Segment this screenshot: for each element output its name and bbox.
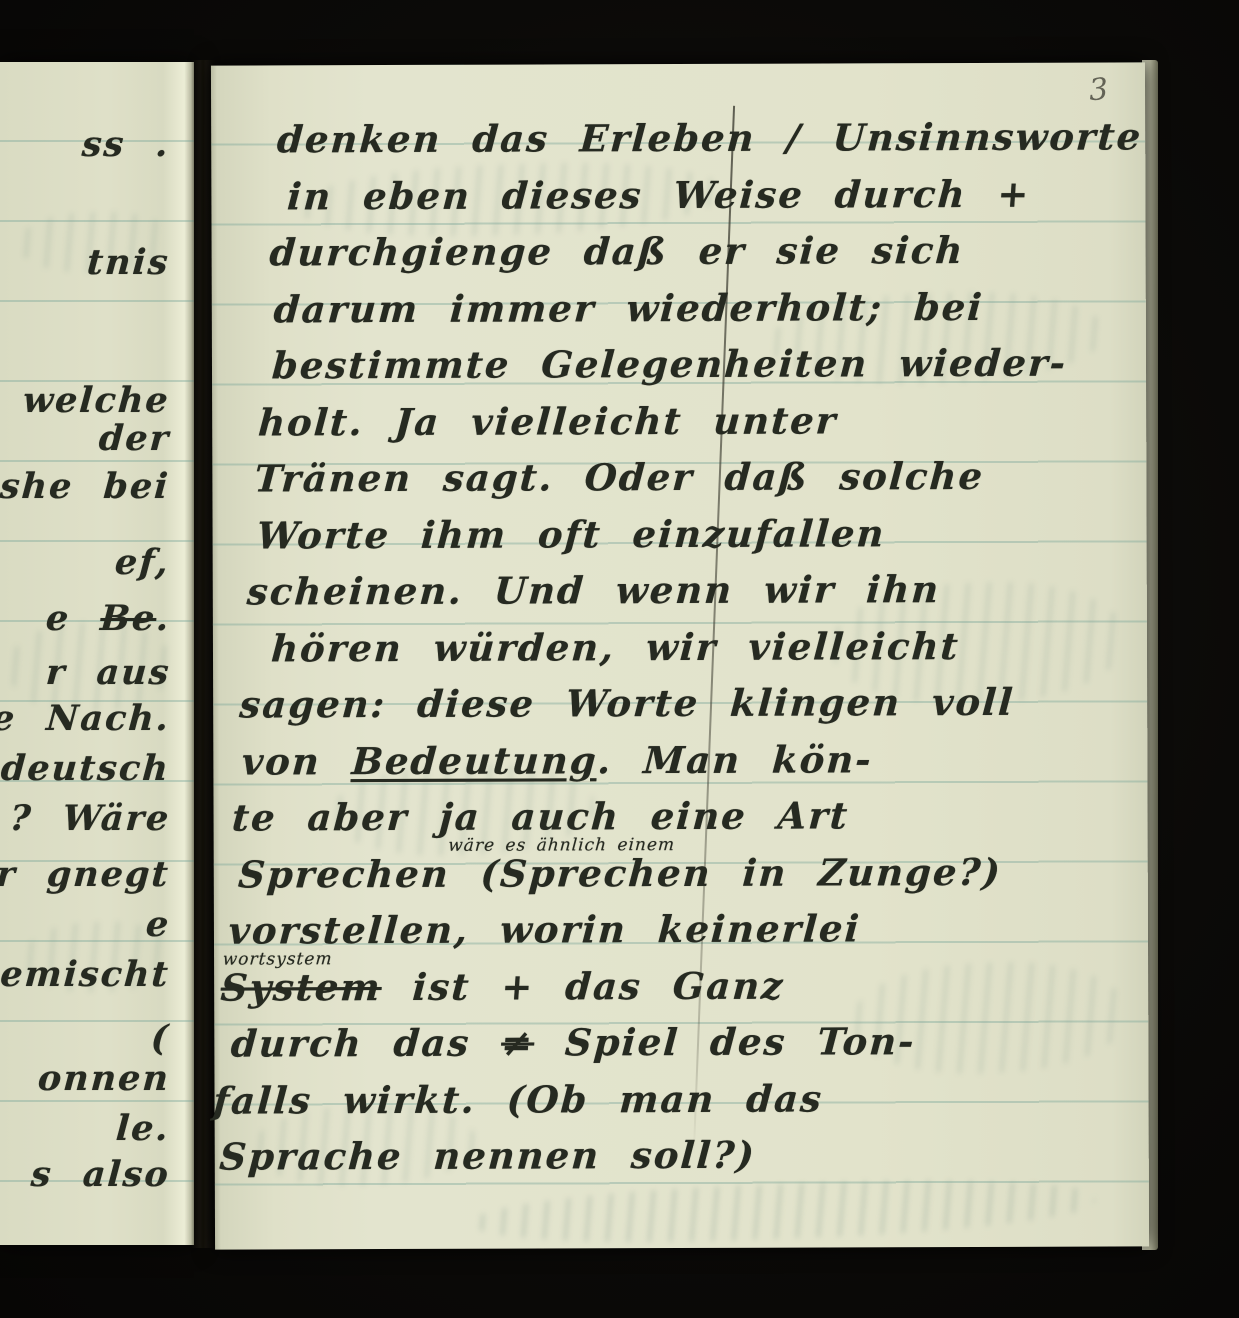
handwritten-line: holt. Ja vielleicht unter — [256, 397, 1150, 457]
handwriting-fragment: ef, — [114, 542, 172, 583]
handwriting-fragment: r aus — [44, 652, 171, 693]
line-text: durch das ≠ Spiel des Ton- — [230, 1019, 917, 1065]
line-text: sagen: diese Worte klingen voll — [238, 680, 1016, 727]
handwritten-line: in eben dieses Weise durch + — [271, 171, 1165, 231]
interlinear-insertion: wäre es ähnlich einem — [448, 835, 676, 856]
handwriting-fragment: ( — [150, 1018, 171, 1059]
handwriting-fragment: der — [97, 418, 171, 459]
handwriting-fragment: e — [144, 904, 171, 945]
handwritten-line: Worte ihm oft einzufallen — [249, 510, 1143, 570]
handwritten-line: wortsystemSystem ist + das Ganz — [219, 962, 1113, 1022]
handwritten-line: hören würden, wir vielleicht — [241, 623, 1135, 683]
handwritten-line: darum immer wiederholt; bei — [264, 284, 1158, 344]
handwritten-line: von Bedeutung. Man kön- — [234, 736, 1128, 796]
handwritten-line: Tränen sagt. Oder daß solche — [252, 453, 1146, 513]
handwriting-fragment: onnen — [37, 1058, 172, 1099]
line-text: scheinen. Und wenn wir ihn — [246, 567, 942, 613]
handwriting-fragment: tnis — [86, 242, 171, 283]
line-text: vorstellen, worin keinerlei — [227, 906, 862, 952]
line-text: Sprechen (Sprechen in Zunge?) — [237, 849, 1003, 896]
handwritten-line: denken das Erleben ∕ Unsinnsworte — [275, 114, 1169, 174]
line-text: durchgienge daß er sie sich — [268, 228, 966, 274]
handwriting-fragment: e Be. — [44, 598, 171, 639]
handwritten-line: sagen: diese Worte klingen voll — [237, 679, 1131, 739]
handwritten-line: wäre es ähnlich einemSprechen (Sprechen … — [226, 849, 1120, 909]
handwritten-line: scheinen. Und wenn wir ihn — [245, 566, 1139, 626]
handwriting-fragment: e Nach. — [0, 698, 171, 739]
line-text: falls wirkt. (Ob man das — [212, 1076, 825, 1122]
handwriting-fragment: le. — [115, 1108, 172, 1149]
line-text: in eben dieses Weise durch + — [286, 171, 1032, 218]
handwriting-fragment: she bei — [0, 466, 171, 507]
handwriting-fragment: deutsch — [0, 748, 171, 789]
handwritten-line: durchgienge daß er sie sich — [267, 227, 1161, 287]
line-text: Tränen sagt. Oder daß solche — [253, 454, 985, 501]
interlinear-insertion: wortsystem — [222, 949, 333, 969]
handwriting-fragment: ss . — [81, 124, 172, 165]
line-text: te aber ja auch eine Art — [231, 793, 851, 839]
handwritten-line: durch das ≠ Spiel des Ton- — [215, 1019, 1109, 1079]
line-text: Worte ihm oft einzufallen — [255, 511, 887, 557]
handwritten-line: vorstellen, worin keinerlei — [222, 905, 1116, 965]
line-text: bestimmte Gelegenheiten wieder- — [271, 341, 1069, 388]
handwritten-line: Sprache nennen soll?) — [207, 1132, 1101, 1192]
handwritten-line: te aber ja auch eine Art — [230, 792, 1124, 852]
line-text: von Bedeutung. Man kön- — [240, 737, 874, 783]
line-text: denken das Erleben ∕ Unsinnsworte — [276, 114, 1144, 161]
handwritten-line: falls wirkt. (Ob man das — [211, 1075, 1105, 1135]
handwritten-text-block: denken das Erleben ∕ Unsinnswortein eben… — [207, 114, 1168, 1191]
handwriting-fragment: gemischt — [0, 954, 171, 995]
line-text: Sprache nennen soll?) — [218, 1133, 757, 1179]
manuscript-scan: ss .tniswelchedershe beief,e Be.r ause N… — [0, 0, 1239, 1318]
line-text: darum immer wiederholt; bei — [272, 284, 985, 330]
handwriting-fragment: er gnegt — [0, 854, 171, 895]
right-page: 3 denken das Erleben ∕ Unsinnswortein eb… — [211, 62, 1149, 1249]
handwritten-line: bestimmte Gelegenheiten wieder- — [260, 340, 1154, 400]
line-text: hören würden, wir vielleicht — [270, 624, 961, 670]
handwriting-fragment: ? Wäre — [8, 798, 171, 839]
handwriting-fragment: s also — [30, 1154, 172, 1195]
handwriting-fragment: welche — [22, 380, 172, 421]
line-text: System ist + das Ganz — [219, 963, 785, 1009]
page-number: 3 — [1088, 72, 1110, 108]
left-page: ss .tniswelchedershe beief,e Be.r ause N… — [0, 62, 194, 1245]
line-text: holt. Ja vielleicht unter — [257, 398, 839, 444]
